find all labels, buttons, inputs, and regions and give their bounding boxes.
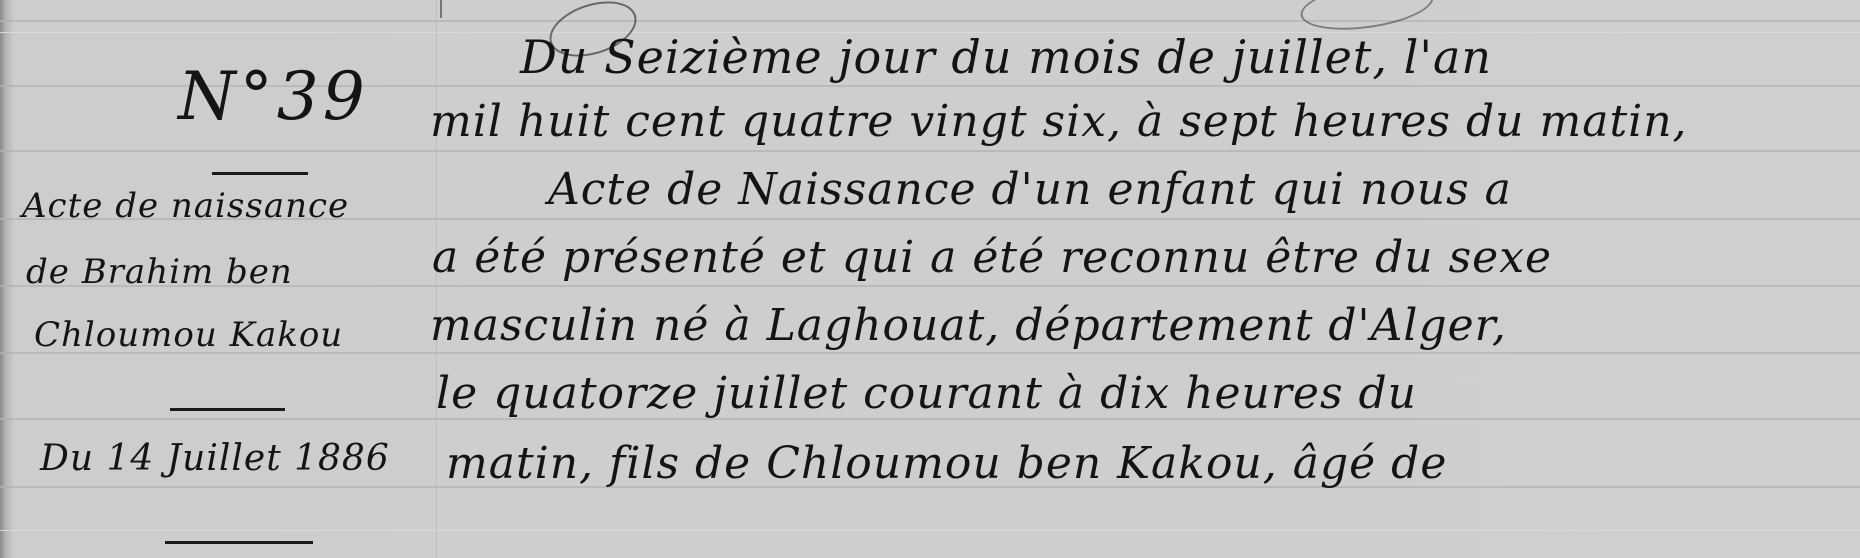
pen-stroke xyxy=(440,0,452,18)
body-line-1: Du Seizième jour du mois de juillet, l'a… xyxy=(520,30,1492,84)
body-line-7: matin, fils de Chloumou ben Kakou, âgé d… xyxy=(446,438,1447,489)
body-line-2: mil huit cent quatre vingt six, à sept h… xyxy=(430,96,1688,147)
entry-number-underline xyxy=(212,172,308,175)
ruled-line xyxy=(0,530,1860,531)
margin-separator xyxy=(170,408,285,411)
document-page: N°39 Acte de naissance de Brahim ben Chl… xyxy=(0,0,1860,558)
ruled-line xyxy=(0,150,1860,152)
margin-title-line-2: de Brahim ben xyxy=(26,252,293,292)
body-line-3: Acte de Naissance d'un enfant qui nous a xyxy=(548,164,1512,215)
margin-title-line-3: Chloumou Kakou xyxy=(34,315,343,355)
body-line-4: a été présenté et qui a été reconnu être… xyxy=(432,232,1552,283)
margin-title-line-1: Acte de naissance xyxy=(22,186,349,226)
body-line-6: le quatorze juillet courant à dix heures… xyxy=(436,368,1417,419)
margin-separator xyxy=(165,541,313,544)
body-line-5: masculin né à Laghouat, département d'Al… xyxy=(430,300,1507,351)
ruled-line xyxy=(0,20,1860,22)
entry-number: N°39 xyxy=(178,58,369,135)
margin-date: Du 14 Juillet 1886 xyxy=(40,438,390,479)
